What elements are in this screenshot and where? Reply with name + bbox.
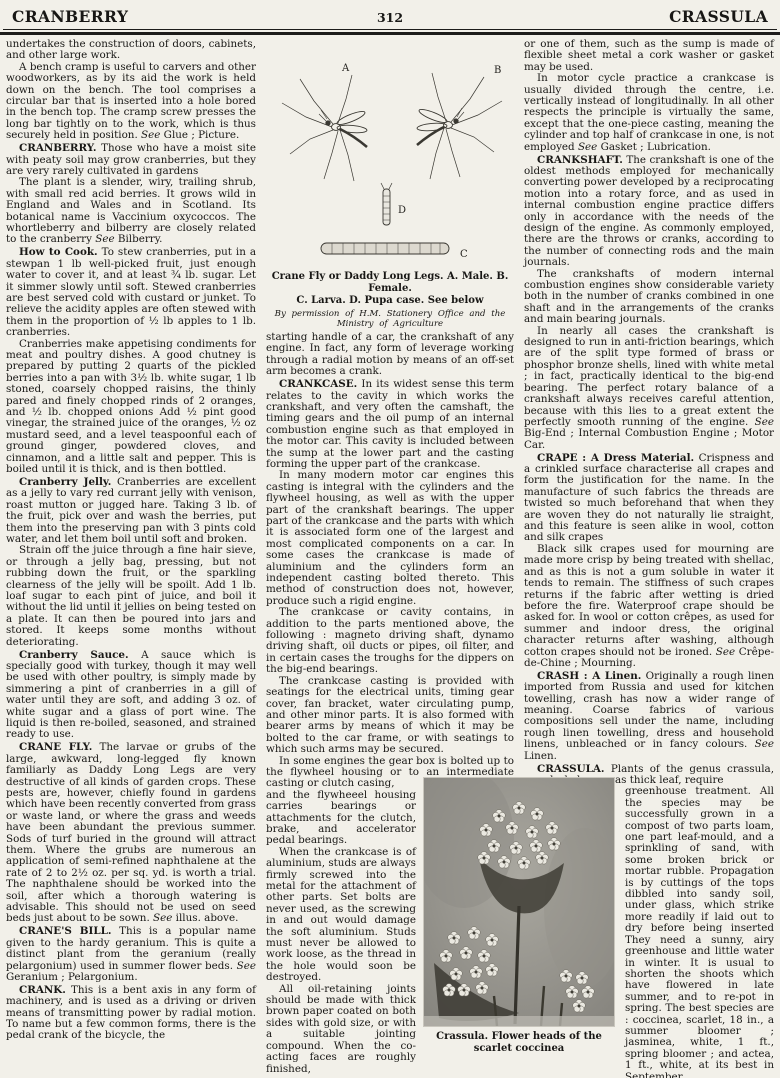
entry-headword: CRASH : A Linen.	[537, 670, 641, 682]
text-paragraph: In motor cycle practice a crankcase is u…	[524, 73, 774, 153]
body-text: greenhouse treatment. All the species ma…	[625, 785, 774, 1078]
text-paragraph: The crankshafts of modern internal combu…	[524, 269, 774, 326]
entry-paragraph: CRANE'S BILL. This is a popular name giv…	[6, 926, 256, 983]
crassula-photo-image	[424, 778, 614, 1026]
entry-paragraph: CRANK. This is a bent axis in any form o…	[6, 985, 256, 1042]
text-paragraph: The crankcase or cavity contains, in add…	[266, 607, 514, 675]
entry-paragraph: CRANE FLY. The larvae or grubs of the la…	[6, 742, 256, 925]
body-text: starting handle of a car, the crankshaft…	[266, 331, 514, 377]
body-text: Big-End ; Internal Combustion Engine ; M…	[524, 427, 774, 450]
cranefly-illustration: A B C D	[266, 39, 514, 271]
cranefly-credit: By permission of H.M. Stationery Office …	[272, 309, 508, 329]
entry-paragraph: Cranberry Sauce. A sauce which is specia…	[6, 650, 256, 741]
pupa-d-label: D	[398, 205, 406, 216]
entry-paragraph: CRANBERRY. Those who have a moist site w…	[6, 143, 256, 177]
page-header: CRANBERRY 312 CRASSULA	[0, 0, 780, 26]
text-paragraph: A bench cramp is useful to carvers and o…	[6, 62, 256, 142]
encyclopedia-page: CRANBERRY 312 CRASSULA undertakes the co…	[0, 0, 780, 1078]
text-beside-photo: and the flywheeel housing carries bearin…	[266, 790, 416, 1075]
page-number: 312	[264, 10, 516, 25]
text-paragraph: The plant is a slender, wiry, trailing s…	[6, 177, 256, 245]
cross-reference: See	[153, 912, 172, 924]
text-paragraph: greenhouse treatment. All the species ma…	[625, 786, 774, 1078]
body-text: Cranberries make appetising condiments f…	[6, 338, 256, 475]
entry-headword: Cranberry Sauce.	[19, 649, 129, 661]
cross-reference: See	[716, 646, 735, 658]
body-text: Strain off the juice through a fine hair…	[6, 544, 256, 647]
fly-a-label: A	[341, 63, 350, 74]
cranefly-caption-line2: C. Larva. D. Pupa case. See below	[266, 295, 514, 307]
body-text: Bilberry.	[115, 233, 163, 245]
text-paragraph: Strain off the juice through a fine hair…	[6, 545, 256, 648]
body-text: A sauce which is specially good with tur…	[6, 649, 256, 741]
text-paragraph: All oil-retaining joints should be made …	[266, 984, 416, 1075]
entry-headword: CRANKSHAFT.	[537, 154, 623, 166]
cross-reference: See	[95, 233, 114, 245]
body-text: In nearly all cases the crankshaft is de…	[524, 325, 774, 428]
column-left: undertakes the construction of doors, ca…	[6, 39, 256, 1078]
crassula-caption: Crassula. Flower heads of the scarlet co…	[400, 1031, 638, 1055]
entry-headword: CRAPE : A Dress Material.	[537, 452, 694, 464]
text-paragraph: and the flywheeel housing carries bearin…	[266, 790, 416, 847]
text-paragraph: When the crankcase is of aluminium, stud…	[266, 847, 416, 984]
entry-paragraph: CRANKSHAFT. The crankshaft is one of the…	[524, 155, 774, 269]
cross-reference: See	[237, 960, 256, 972]
entry-headword: How to Cook.	[19, 246, 98, 258]
body-text: Geranium ; Pelargonium.	[6, 971, 138, 983]
crassula-photo	[424, 778, 614, 1026]
entry-headword: CRANBERRY.	[19, 142, 96, 154]
text-paragraph: starting handle of a car, the crankshaft…	[266, 332, 514, 378]
cross-reference: See	[755, 416, 774, 428]
text-paragraph: Black silk crapes used for mourning are …	[524, 544, 774, 669]
entry-headword: CRANE FLY.	[19, 741, 92, 753]
body-text: All oil-retaining joints should be made …	[266, 983, 416, 1075]
text-beside-photo: greenhouse treatment. All the species ma…	[625, 786, 774, 1078]
body-text: To stew cranberries, put in a stewpan 1 …	[6, 246, 256, 338]
body-text: The crankshaft is one of the oldest meth…	[524, 154, 774, 269]
text-paragraph: In many modern motor car engines this ca…	[266, 470, 514, 607]
body-text: undertakes the construction of doors, ca…	[6, 38, 256, 61]
entry-paragraph: CRASH : A Linen. Originally a rough line…	[524, 671, 774, 762]
body-text: When the crankcase is of aluminium, stud…	[266, 846, 416, 983]
crassula-caption-line2: scarlet coccinea	[400, 1043, 638, 1055]
body-text: The crankshafts of modern internal combu…	[524, 268, 774, 326]
body-text: Crispness and a crinkled surface charact…	[524, 452, 774, 544]
header-rule-thin	[3, 29, 777, 30]
text-paragraph: Cranberries make appetising condiments f…	[6, 339, 256, 476]
entry-headword: CRANE'S BILL.	[19, 925, 112, 937]
cranefly-figure: A B C D Crane Fly or Daddy Long Legs. A.…	[266, 39, 514, 329]
cross-reference: See	[755, 738, 774, 750]
entry-paragraph: CRANKCASE. In its widest sense this term…	[266, 379, 514, 470]
larva-c-label: C	[460, 249, 468, 260]
header-guide-word-left: CRANBERRY	[12, 7, 264, 26]
text-paragraph: In nearly all cases the crankshaft is de…	[524, 326, 774, 451]
text-paragraph: The crankcase casting is provided with s…	[266, 676, 514, 756]
text-paragraph: or one of them, such as the sump is made…	[524, 39, 774, 73]
entry-paragraph: Cranberry Jelly. Cranberries are excelle…	[6, 477, 256, 545]
cranefly-caption: Crane Fly or Daddy Long Legs. A. Male. B…	[266, 271, 514, 329]
entry-headword: CRANK.	[19, 984, 66, 996]
cross-reference: See	[141, 129, 160, 141]
crassula-caption-line1: Crassula. Flower heads of the	[400, 1031, 638, 1043]
body-text: Originally a rough linen imported from R…	[524, 670, 774, 750]
body-text: Black silk crapes used for mourning are …	[524, 543, 774, 658]
cross-reference: See	[578, 141, 597, 153]
entry-headword: Cranberry Jelly.	[19, 476, 111, 488]
body-text: and the flywheeel housing carries bearin…	[266, 789, 416, 847]
body-text: The larvae or grubs of the large, awkwar…	[6, 741, 256, 924]
body-text: Gasket ; Lubrication.	[597, 141, 711, 153]
entry-paragraph: CRAPE : A Dress Material. Crispness and …	[524, 453, 774, 544]
body-text: Linen.	[524, 750, 557, 762]
fly-b-label: B	[494, 65, 501, 76]
body-text: In many modern motor car engines this ca…	[266, 469, 514, 606]
body-text: In its widest sense this term relates to…	[266, 378, 514, 470]
cranefly-caption-line1: Crane Fly or Daddy Long Legs. A. Male. B…	[266, 271, 514, 295]
text-columns: undertakes the construction of doors, ca…	[0, 35, 780, 1078]
entry-paragraph: How to Cook. To stew cranberries, put in…	[6, 247, 256, 338]
body-text: illus. above.	[172, 912, 238, 924]
entry-headword: CRASSULA.	[537, 763, 605, 775]
body-text: The crankcase or cavity contains, in add…	[266, 606, 514, 675]
body-text: The crankcase casting is provided with s…	[266, 675, 514, 755]
text-paragraph: undertakes the construction of doors, ca…	[6, 39, 256, 62]
body-text: Glue ; Picture.	[160, 129, 239, 141]
body-text: or one of them, such as the sump is made…	[524, 38, 774, 73]
header-guide-word-right: CRASSULA	[516, 7, 768, 26]
entry-headword: CRANKCASE.	[279, 378, 357, 390]
